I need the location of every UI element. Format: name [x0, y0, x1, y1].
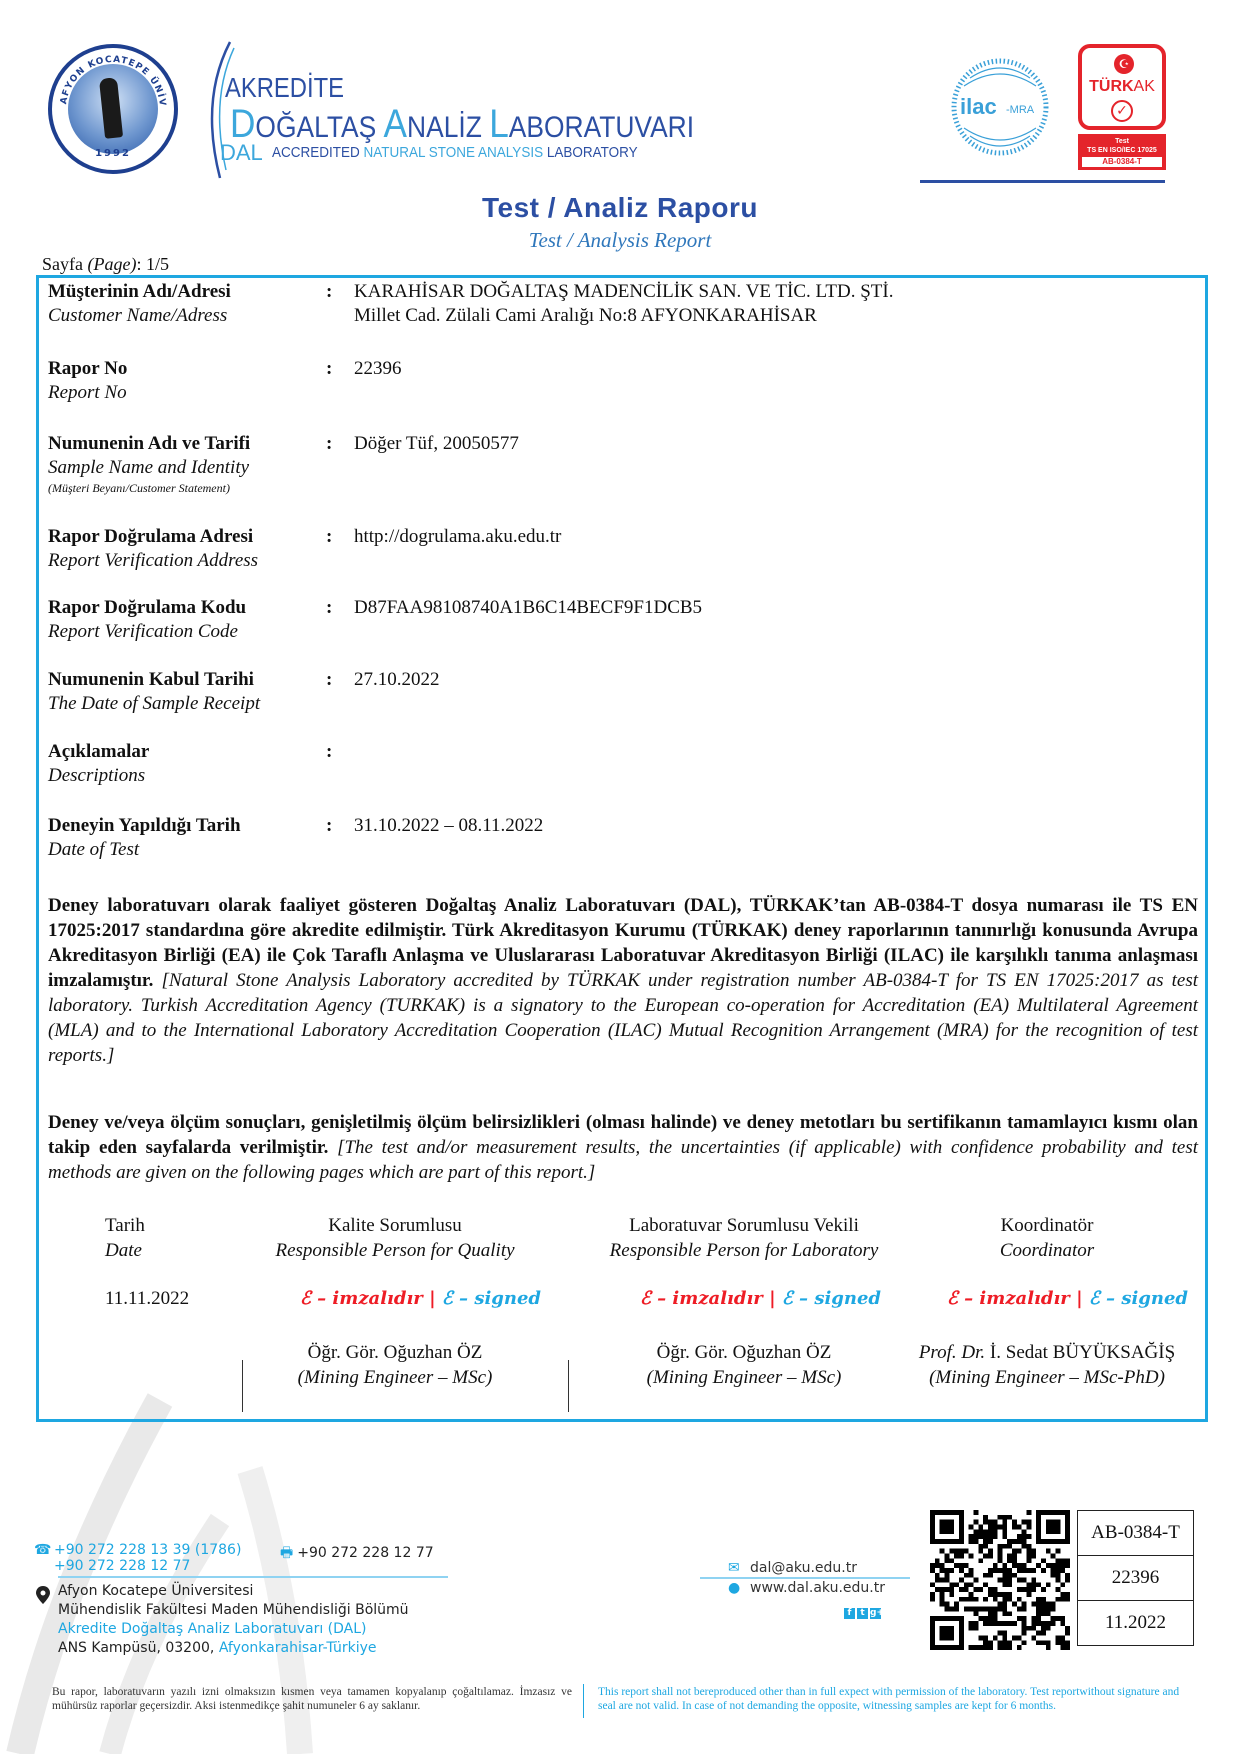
- signature-date: 11.11.2022: [105, 1288, 189, 1310]
- e-signature: ℰ – imzalıdır | ℰ – signed: [300, 1288, 541, 1309]
- field-note: (Müşteri Beyanı/Customer Statement): [48, 480, 318, 496]
- field-colon: :: [326, 432, 332, 456]
- accreditation-statement: Deney laboratuvarı olarak faaliyet göste…: [48, 893, 1198, 1068]
- phone-icon: ☎: [34, 1542, 54, 1558]
- field-label-en: Report Verification Address: [48, 549, 318, 573]
- signature-column-header: Kalite SorumlusuResponsible Person for Q…: [225, 1213, 565, 1263]
- field-value: http://dogrulama.aku.edu.tr: [354, 525, 561, 549]
- google-plus-icon[interactable]: g+: [870, 1608, 881, 1619]
- field-colon: :: [326, 740, 332, 764]
- signer-name: Öğr. Gör. Oğuzhan ÖZ: [225, 1340, 565, 1365]
- logo-akredite: AKREDİTE: [225, 72, 344, 104]
- field-value: KARAHİSAR DOĞALTAŞ MADENCİLİK SAN. VE Tİ…: [354, 280, 893, 328]
- field-colon: :: [326, 280, 332, 304]
- field-label-tr: Müşterinin Adı/Adresi: [48, 280, 318, 304]
- logo-subtitle: ACCREDITED NATURAL STONE ANALYSIS LABORA…: [272, 144, 638, 161]
- field-colon: :: [326, 525, 332, 549]
- field-colon: :: [326, 814, 332, 838]
- field-label: Deneyin Yapıldığı TarihDate of Test: [48, 814, 318, 862]
- field-colon: :: [326, 357, 332, 381]
- footer-email[interactable]: ✉dal@aku.edu.tr: [728, 1560, 857, 1576]
- social-icons: ftg+: [844, 1600, 883, 1619]
- footer-phone: ☎+90 272 228 13 39 (1786) +90 272 228 12…: [34, 1542, 241, 1574]
- signer: Prof. Dr. İ. Sedat BÜYÜKSAĞİŞ(Mining Eng…: [877, 1340, 1217, 1390]
- twitter-icon[interactable]: t: [857, 1608, 868, 1619]
- field-value: 27.10.2022: [354, 668, 440, 692]
- field-label-tr: Rapor No: [48, 357, 318, 381]
- page-number: Sayfa (Page): 1/5: [42, 254, 169, 275]
- signature-column-header: KoordinatörCoordinator: [877, 1213, 1217, 1263]
- envelope-icon: ✉: [728, 1560, 750, 1576]
- signature-column-header: Laboratuvar Sorumlusu VekiliResponsible …: [574, 1213, 914, 1263]
- report-title: Test / Analiz Raporu: [0, 192, 1240, 224]
- location-pin-icon: [36, 1586, 50, 1604]
- facebook-icon[interactable]: f: [844, 1608, 855, 1619]
- field-label-en: Customer Name/Adress: [48, 304, 318, 328]
- field-label: Müşterinin Adı/AdresiCustomer Name/Adres…: [48, 280, 318, 328]
- report-header: AFYON KOCATEPE ÜNİVERSİTESİ 1992 AKREDİT…: [0, 0, 1240, 190]
- field-value: D87FAA98108740A1B6C14BECF9F1DCB5: [354, 596, 702, 620]
- field-label-en: Date of Test: [48, 838, 318, 862]
- printer-icon: 🖶: [280, 1545, 293, 1561]
- turkak-logo: ☪ TÜRKAK ✓ Test TS EN ISO/IEC 17025 AB-0…: [1078, 44, 1168, 174]
- report-subtitle: Test / Analysis Report: [0, 228, 1240, 253]
- accreditation-code: AB-0384-T: [1078, 1511, 1194, 1556]
- field-label: Rapor Doğrulama KoduReport Verification …: [48, 596, 318, 644]
- footer-divider: [58, 1576, 448, 1578]
- field-label-tr: Numunenin Adı ve Tarifi: [48, 432, 318, 456]
- report-month: 11.2022: [1078, 1601, 1194, 1646]
- dal-lab-logo: AKREDİTE DOĞALTAŞ ANALİZ LABORATUVARI DA…: [190, 40, 660, 180]
- turkak-accreditation-badge: Test TS EN ISO/IEC 17025 AB-0384-T: [1078, 134, 1166, 170]
- field-label-tr: Açıklamalar: [48, 740, 318, 764]
- disclaimer-english: This report shall not bereproduced other…: [598, 1685, 1198, 1713]
- disclaimer-turkish: Bu rapor, laboratuvarın yazılı izni olma…: [52, 1685, 572, 1713]
- signature-divider: [568, 1360, 569, 1412]
- svg-text:-MRA: -MRA: [1006, 104, 1035, 116]
- field-label-en: The Date of Sample Receipt: [48, 692, 318, 716]
- check-circle-icon: ✓: [1111, 100, 1133, 122]
- turkak-name: TÜRKAK: [1082, 78, 1162, 96]
- logo-main-line: DOĞALTAŞ ANALİZ LABORATUVARI: [230, 102, 694, 147]
- e-signature: ℰ – imzalıdır | ℰ – signed: [947, 1288, 1188, 1309]
- field-colon: :: [326, 668, 332, 692]
- footer-address: Afyon Kocatepe Üniversitesi Mühendislik …: [58, 1582, 409, 1658]
- signer-role: (Mining Engineer – MSc): [225, 1365, 565, 1390]
- field-label-en: Report Verification Code: [48, 620, 318, 644]
- signer-name: Prof. Dr. İ. Sedat BÜYÜKSAĞİŞ: [877, 1340, 1217, 1365]
- field-label: Rapor NoReport No: [48, 357, 318, 405]
- signer-name: Öğr. Gör. Oğuzhan ÖZ: [574, 1340, 914, 1365]
- report-footer: ☎+90 272 228 13 39 (1786) +90 272 228 12…: [0, 1500, 1240, 1754]
- date-column-header: Tarih Date: [105, 1213, 145, 1263]
- field-label-tr: Deneyin Yapıldığı Tarih: [48, 814, 318, 838]
- signer: Öğr. Gör. Oğuzhan ÖZ(Mining Engineer – M…: [574, 1340, 914, 1390]
- field-label: Numunenin Kabul TarihiThe Date of Sample…: [48, 668, 318, 716]
- footer-fax: 🖶+90 272 228 12 77: [280, 1542, 434, 1566]
- field-value: 22396: [354, 357, 402, 381]
- field-label: Numunenin Adı ve TarifiSample Name and I…: [48, 432, 318, 496]
- signer-role: (Mining Engineer – MSc-PhD): [877, 1365, 1217, 1390]
- header-divider: [920, 180, 1165, 183]
- field-colon: :: [326, 596, 332, 620]
- e-signature: ℰ – imzalıdır | ℰ – signed: [640, 1288, 881, 1309]
- disclaimer-divider: [583, 1684, 584, 1718]
- field-value: Döğer Tüf, 20050577: [354, 432, 519, 456]
- field-label: Rapor Doğrulama AdresiReport Verificatio…: [48, 525, 318, 573]
- report-code-table: AB-0384-T 22396 11.2022: [1077, 1510, 1194, 1646]
- university-seal-logo: AFYON KOCATEPE ÜNİVERSİTESİ 1992: [48, 44, 178, 174]
- field-label: AçıklamalarDescriptions: [48, 740, 318, 788]
- footer-website[interactable]: ●www.dal.aku.edu.tr: [728, 1580, 885, 1596]
- field-label-tr: Rapor Doğrulama Kodu: [48, 596, 318, 620]
- logo-dal-abbr: DAL: [220, 140, 263, 166]
- results-statement: Deney ve/veya ölçüm sonuçları, genişleti…: [48, 1110, 1198, 1185]
- signer-role: (Mining Engineer – MSc): [574, 1365, 914, 1390]
- field-label-tr: Numunenin Kabul Tarihi: [48, 668, 318, 692]
- field-label-en: Report No: [48, 381, 318, 405]
- signature-divider: [242, 1360, 243, 1412]
- seal-year: 1992: [52, 148, 174, 159]
- field-value: 31.10.2022 – 08.11.2022: [354, 814, 543, 838]
- turkish-flag-icon: ☪: [1114, 54, 1134, 74]
- globe-icon: ●: [728, 1580, 750, 1596]
- turkak-box: ☪ TÜRKAK ✓: [1078, 44, 1166, 130]
- field-label-en: Descriptions: [48, 764, 318, 788]
- footer-divider: [700, 1577, 910, 1579]
- ilac-mra-logo: ilac -MRA: [950, 52, 1050, 162]
- svg-text:ilac: ilac: [960, 94, 997, 119]
- field-label-en: Sample Name and Identity: [48, 456, 318, 480]
- signer: Öğr. Gör. Oğuzhan ÖZ(Mining Engineer – M…: [225, 1340, 565, 1390]
- report-number: 22396: [1078, 1556, 1194, 1601]
- verification-qr-code: [930, 1510, 1070, 1650]
- field-label-tr: Rapor Doğrulama Adresi: [48, 525, 318, 549]
